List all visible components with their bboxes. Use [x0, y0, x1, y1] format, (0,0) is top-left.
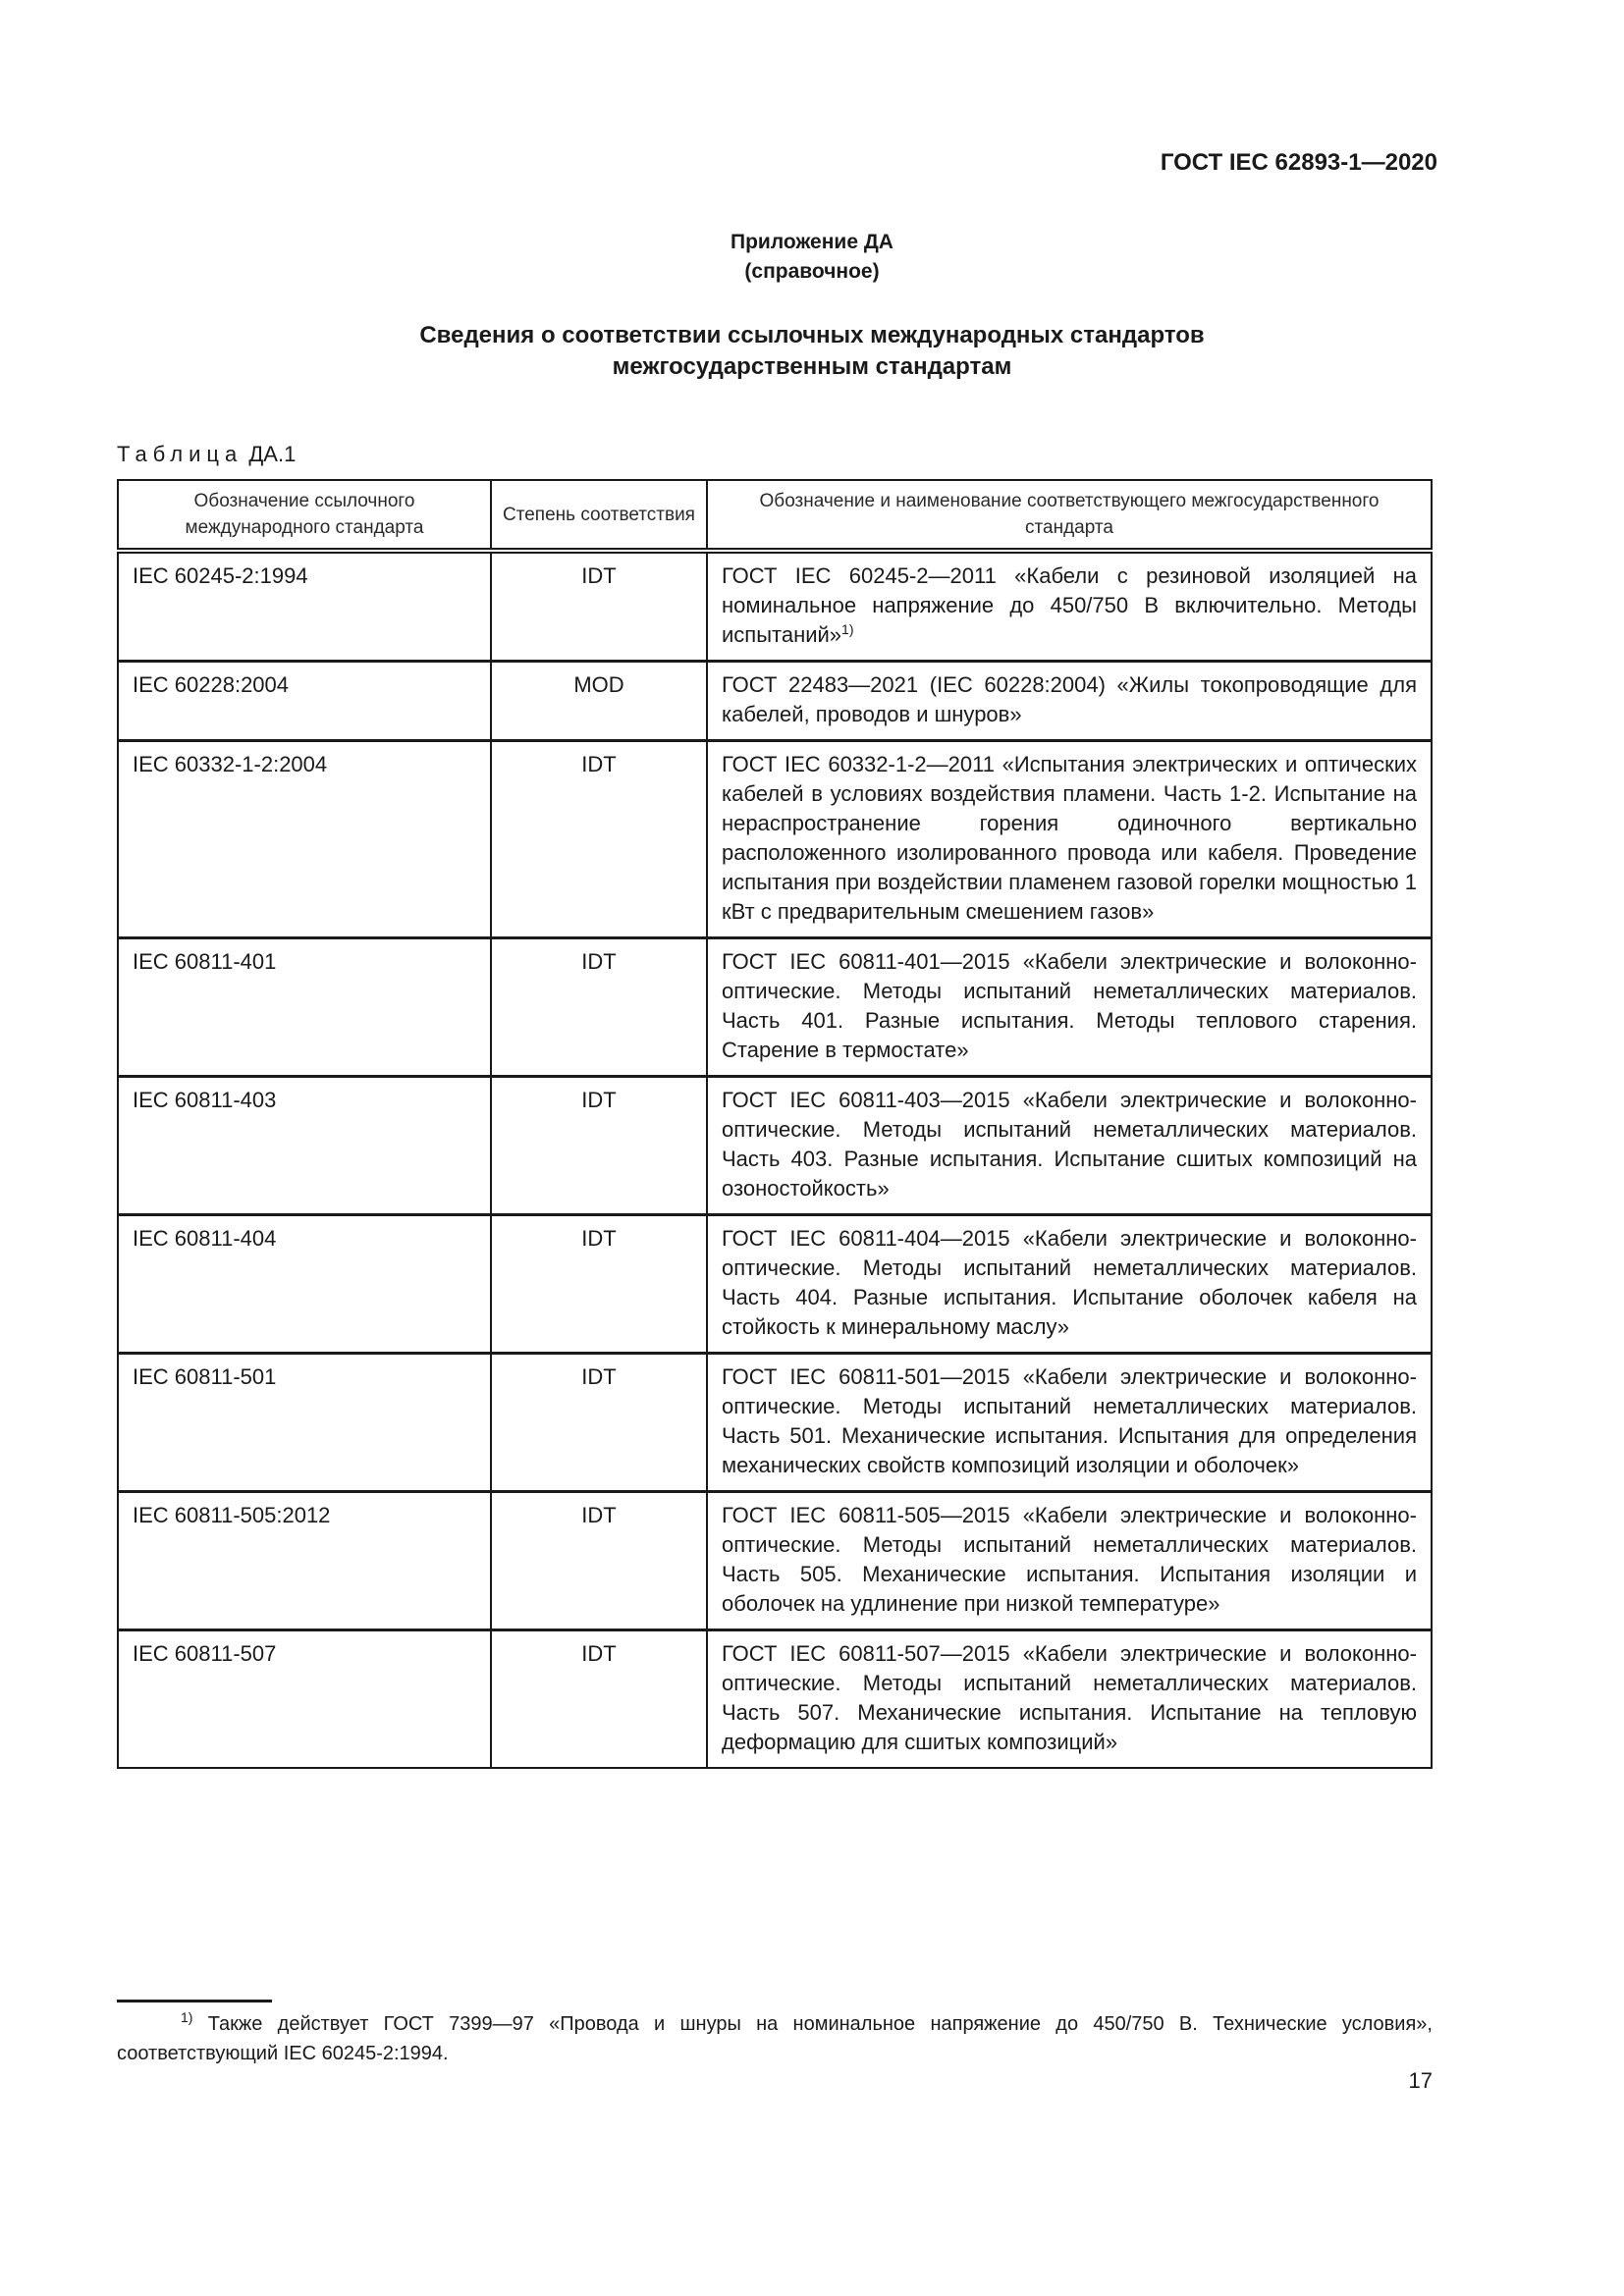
- column-header-national-standard: Обозначение и наименование соответствующ…: [707, 480, 1432, 551]
- reference-standard-cell: IEC 60811-501: [118, 1354, 491, 1492]
- table-row: IEC 60228:2004MODГОСТ 22483—2021 (IEC 60…: [118, 662, 1432, 741]
- reference-standard-cell: IEC 60811-403: [118, 1077, 491, 1215]
- document-code: ГОСТ IEC 62893-1—2020: [1161, 149, 1437, 177]
- national-standard-cell: ГОСТ IEC 60811-404—2015 «Кабели электрич…: [707, 1215, 1432, 1354]
- footnote-divider: [117, 2000, 272, 2002]
- national-standard-text: ГОСТ 22483—2021 (IEC 60228:2004) «Жилы т…: [722, 672, 1417, 726]
- degree-cell: IDT: [491, 938, 707, 1077]
- degree-cell: IDT: [491, 1354, 707, 1492]
- national-standard-cell: ГОСТ 22483—2021 (IEC 60228:2004) «Жилы т…: [707, 662, 1432, 741]
- national-standard-cell: ГОСТ IEC 60332-1-2—2011 «Испытания элект…: [707, 741, 1432, 938]
- degree-cell: IDT: [491, 1492, 707, 1630]
- reference-standard-cell: IEC 60811-505:2012: [118, 1492, 491, 1630]
- degree-cell: MOD: [491, 662, 707, 741]
- national-standard-text: ГОСТ IEC 60811-507—2015 «Кабели электрич…: [722, 1641, 1417, 1754]
- national-standard-cell: ГОСТ IEC 60811-501—2015 «Кабели электрич…: [707, 1354, 1432, 1492]
- footnote-mark: 1): [181, 2009, 192, 2025]
- table-row: IEC 60811-501IDTГОСТ IEC 60811-501—2015 …: [118, 1354, 1432, 1492]
- section-title-line1: Сведения о соответствии ссылочных междун…: [0, 320, 1624, 351]
- column-header-degree: Степень соответствия: [491, 480, 707, 551]
- page-number: 17: [1409, 2068, 1433, 2094]
- appendix-kind: (справочное): [0, 257, 1624, 287]
- section-title-line2: межгосударственным стандартам: [0, 351, 1624, 383]
- national-standard-cell: ГОСТ IEC 60245-2—2011 «Кабели с резиново…: [707, 551, 1432, 662]
- national-standard-text: ГОСТ IEC 60245-2—2011 «Кабели с резиново…: [722, 563, 1417, 647]
- reference-standard-cell: IEC 60811-507: [118, 1630, 491, 1769]
- table-header-row: Обозначение ссылочного международного ст…: [118, 480, 1432, 551]
- table-caption: Таблица ДА.1: [117, 442, 296, 467]
- national-standard-text: ГОСТ IEC 60332-1-2—2011 «Испытания элект…: [722, 752, 1417, 924]
- national-standard-cell: ГОСТ IEC 60811-403—2015 «Кабели электрич…: [707, 1077, 1432, 1215]
- footnote: 1) Также действует ГОСТ 7399—97 «Провода…: [117, 2009, 1433, 2068]
- table-row: IEC 60811-403IDTГОСТ IEC 60811-403—2015 …: [118, 1077, 1432, 1215]
- table-caption-word: Таблица: [117, 442, 243, 466]
- reference-standard-cell: IEC 60811-401: [118, 938, 491, 1077]
- table-body: IEC 60245-2:1994IDTГОСТ IEC 60245-2—2011…: [118, 551, 1432, 1768]
- column-header-reference: Обозначение ссылочного международного ст…: [118, 480, 491, 551]
- degree-cell: IDT: [491, 551, 707, 662]
- footnote-reference: 1): [841, 621, 853, 637]
- section-title: Сведения о соответствии ссылочных междун…: [0, 320, 1624, 383]
- degree-cell: IDT: [491, 741, 707, 938]
- table-row: IEC 60811-507IDTГОСТ IEC 60811-507—2015 …: [118, 1630, 1432, 1769]
- national-standard-cell: ГОСТ IEC 60811-505—2015 «Кабели электрич…: [707, 1492, 1432, 1630]
- national-standard-text: ГОСТ IEC 60811-404—2015 «Кабели электрич…: [722, 1226, 1417, 1339]
- reference-standard-cell: IEC 60332-1-2:2004: [118, 741, 491, 938]
- degree-cell: IDT: [491, 1630, 707, 1769]
- table-row: IEC 60811-505:2012IDTГОСТ IEC 60811-505—…: [118, 1492, 1432, 1630]
- national-standard-text: ГОСТ IEC 60811-501—2015 «Кабели электрич…: [722, 1364, 1417, 1477]
- reference-standard-cell: IEC 60811-404: [118, 1215, 491, 1354]
- table-caption-id: ДА.1: [248, 442, 296, 466]
- standards-correspondence-table: Обозначение ссылочного международного ст…: [117, 479, 1433, 1769]
- reference-standard-cell: IEC 60228:2004: [118, 662, 491, 741]
- table-row: IEC 60811-404IDTГОСТ IEC 60811-404—2015 …: [118, 1215, 1432, 1354]
- national-standard-text: ГОСТ IEC 60811-505—2015 «Кабели электрич…: [722, 1503, 1417, 1616]
- table-row: IEC 60811-401IDTГОСТ IEC 60811-401—2015 …: [118, 938, 1432, 1077]
- national-standard-cell: ГОСТ IEC 60811-507—2015 «Кабели электрич…: [707, 1630, 1432, 1769]
- national-standard-cell: ГОСТ IEC 60811-401—2015 «Кабели электрич…: [707, 938, 1432, 1077]
- national-standard-text: ГОСТ IEC 60811-403—2015 «Кабели электрич…: [722, 1088, 1417, 1201]
- degree-cell: IDT: [491, 1215, 707, 1354]
- appendix-heading: Приложение ДА (справочное): [0, 228, 1624, 287]
- footnote-text: Также действует ГОСТ 7399—97 «Провода и …: [117, 2013, 1433, 2064]
- degree-cell: IDT: [491, 1077, 707, 1215]
- table-row: IEC 60332-1-2:2004IDTГОСТ IEC 60332-1-2—…: [118, 741, 1432, 938]
- reference-standard-cell: IEC 60245-2:1994: [118, 551, 491, 662]
- national-standard-text: ГОСТ IEC 60811-401—2015 «Кабели электрич…: [722, 949, 1417, 1062]
- table-row: IEC 60245-2:1994IDTГОСТ IEC 60245-2—2011…: [118, 551, 1432, 662]
- appendix-label: Приложение ДА: [0, 228, 1624, 257]
